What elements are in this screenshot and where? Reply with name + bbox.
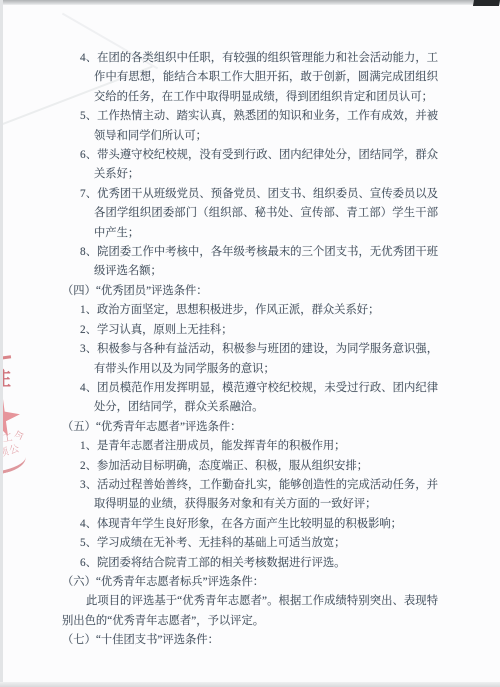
- scanned-page: 注 工今 领公 4、在团的各类组织中任职，有较强的组织管理能力和社会活动能力，工…: [0, 0, 500, 687]
- text-paragraph: 5、学习成绩在无补考、无挂科的基础上可适当放宽；: [62, 534, 438, 553]
- text-paragraph: 3、积极参与各种有益活动，积极参与班团的建设，为同学服务意识强，有带头作用以及为…: [62, 340, 438, 379]
- stamp-text-row: 领公: [0, 439, 22, 459]
- text-paragraph: 1、是青年志愿者注册成员，能发挥青年的积极作用；: [62, 437, 438, 456]
- star-icon: [0, 393, 23, 442]
- scan-edge-left: [0, 0, 3, 687]
- section-heading: （四）“优秀团员”评选条件：: [62, 282, 438, 301]
- stamp-arc: [0, 447, 28, 478]
- text-paragraph: 4、团员模范作用发挥明显，模范遵守校纪校规，未受过行政、团内纪律处分，团结同学，…: [62, 379, 438, 418]
- section-heading: （五）“优秀青年志愿者”评选条件：: [62, 418, 438, 437]
- text-paragraph: 4、体现青年学生良好形象，在各方面产生比较明显的积极影响；: [62, 515, 438, 534]
- section-heading: （六）“优秀青年志愿者标兵”评选条件：: [62, 573, 438, 592]
- text-paragraph: 5、工作热情主动、踏实认真，熟悉团的知识和业务，工作有成效，并被领导和同学们所认…: [62, 107, 438, 146]
- section-heading: （七）“十佳团支书”评选条件：: [62, 631, 438, 650]
- text-paragraph: 3、活动过程善始善终，工作勤奋扎实，能够创造性的完成活动任务，并取得明显的业绩，…: [62, 476, 438, 515]
- document-text-body: 4、在团的各类组织中任职，有较强的组织管理能力和社会活动能力，工作中有思想，能结…: [62, 49, 438, 651]
- text-paragraph: 2、参加活动目标明确，态度端正、积极，服从组织安排；: [62, 457, 438, 476]
- text-paragraph: 1、政治方面坚定，思想积极进步，作风正派，群众关系好；: [62, 301, 438, 320]
- text-paragraph: 6、带头遵守校纪校规，没有受到行政、团内纪律处分，团结同学，群众关系好；: [62, 146, 438, 185]
- text-paragraph: 8、院团委工作中考核中，各年级考核最末的三个团支书，无优秀团干班级评选名额；: [62, 243, 438, 282]
- scan-corner-mark: [473, 0, 500, 6]
- text-paragraph: 4、在团的各类组织中任职，有较强的组织管理能力和社会活动能力，工作中有思想，能结…: [62, 49, 438, 107]
- scan-edge-bottom: [0, 682, 500, 687]
- red-stamp-fragment: 注 工今 领公: [0, 352, 46, 512]
- text-paragraph: 2、学习认真，原则上无挂科；: [62, 321, 438, 340]
- scan-edge-top: [0, 0, 500, 5]
- text-paragraph: 此项目的评选基于“优秀青年志愿者”。根据工作成绩特别突出、表现特别出色的“优秀青…: [62, 592, 438, 631]
- text-paragraph: 6、院团委将结合院青工部的相关考核数据进行评选。: [62, 554, 438, 573]
- stamp-text-row: 工今: [1, 426, 27, 445]
- text-paragraph: 7、优秀团干从班级党员、预备党员、团支书、组织委员、宣传委员以及各团学组织团委部…: [62, 185, 438, 243]
